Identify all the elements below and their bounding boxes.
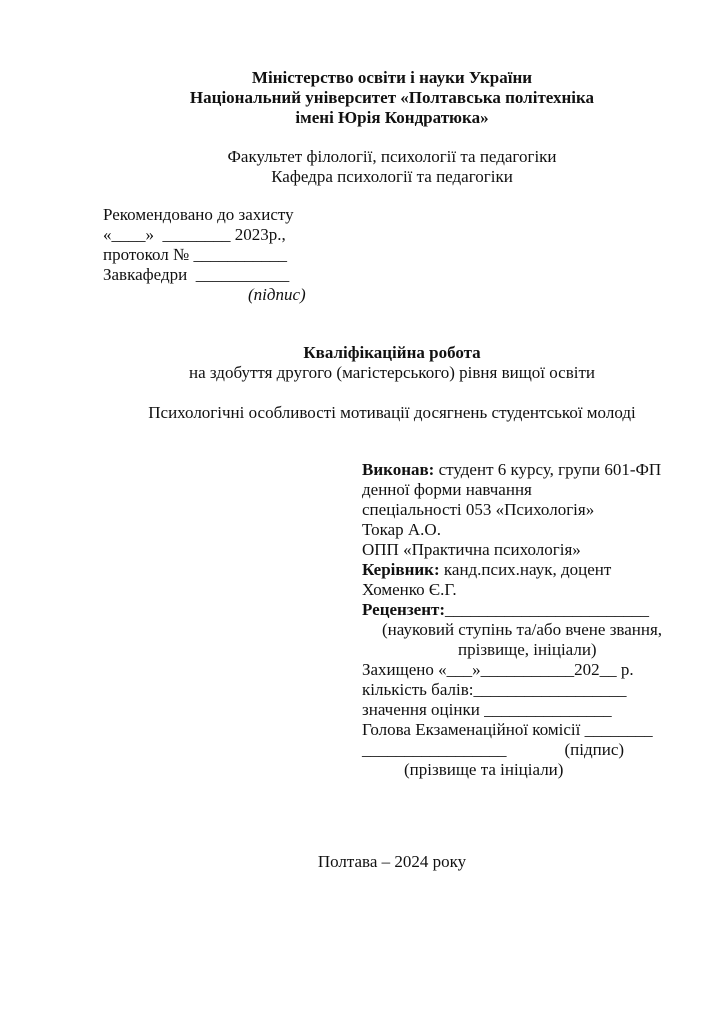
- reviewer-line: Рецензент:________________________: [362, 600, 682, 620]
- commission-blank: _________________: [362, 740, 507, 759]
- performed-label: Виконав:: [362, 460, 434, 479]
- supervisor-value: канд.псих.наук, доцент: [440, 560, 612, 579]
- program: ОПП «Практична психологія»: [362, 540, 682, 560]
- study-form: денної форми навчання: [362, 480, 682, 500]
- head-of-department-line: Завкафедри ___________: [103, 265, 363, 285]
- work-title-block: Кваліфікаційна робота на здобуття другог…: [30, 343, 724, 383]
- student-name: Токар А.О.: [362, 520, 682, 540]
- department-name: Кафедра психології та педагогіки: [30, 167, 724, 187]
- supervisor-line: Керівник: канд.псих.наук, доцент: [362, 560, 682, 580]
- work-type-title: Кваліфікаційна робота: [30, 343, 724, 363]
- faculty-block: Факультет філології, психології та педаг…: [30, 147, 724, 187]
- recommend-title: Рекомендовано до захисту: [103, 205, 363, 225]
- ministry-name: Міністерство освіти і науки України: [30, 68, 724, 88]
- supervisor-name: Хоменко Є.Г.: [362, 580, 682, 600]
- recommendation-block: Рекомендовано до захисту «____» ________…: [103, 205, 363, 305]
- faculty-name: Факультет філології, психології та педаг…: [30, 147, 724, 167]
- supervisor-label: Керівник:: [362, 560, 440, 579]
- work-topic: Психологічні особливості мотивації досяг…: [30, 403, 724, 423]
- reviewer-label: Рецензент:: [362, 600, 445, 619]
- name-caption: (прізвище та ініціали): [362, 760, 682, 780]
- signature-caption: (підпис): [103, 285, 363, 305]
- defended-line: Захищено «___»___________202__ р.: [362, 660, 682, 680]
- ministry-university-header: Міністерство освіти і науки України Наці…: [30, 68, 724, 128]
- reviewer-caption-2: прізвище, ініціали): [362, 640, 682, 660]
- footer-place-year: Полтава – 2024 року: [30, 852, 724, 872]
- university-name-cont: імені Юрія Кондратюка»: [30, 108, 724, 128]
- reviewer-caption-1: (науковий ступінь та/або вчене звання,: [362, 620, 682, 640]
- protocol-line: протокол № ___________: [103, 245, 363, 265]
- degree-line: на здобуття другого (магістерського) рів…: [30, 363, 724, 383]
- place-year: Полтава – 2024 року: [30, 852, 724, 872]
- reviewer-blank: ________________________: [445, 600, 649, 619]
- topic-text: Психологічні особливості мотивації досяг…: [30, 403, 724, 423]
- score-line: кількість балів:__________________: [362, 680, 682, 700]
- grade-line: значення оцінки _______________: [362, 700, 682, 720]
- document-page: Міністерство освіти і науки України Наці…: [0, 0, 724, 1024]
- author-info-block: Виконав: студент 6 курсу, групи 601-ФП д…: [362, 460, 682, 780]
- commission-signature-caption: (підпис): [565, 740, 625, 760]
- recommend-date-line: «____» ________ 2023р.,: [103, 225, 363, 245]
- performed-value: студент 6 курсу, групи 601-ФП: [434, 460, 661, 479]
- performed-line: Виконав: студент 6 курсу, групи 601-ФП: [362, 460, 682, 480]
- commission-line: Голова Екзаменаційної комісії ________: [362, 720, 682, 740]
- university-name: Національний університет «Полтавська пол…: [30, 88, 724, 108]
- commission-signature-line: _________________(підпис): [362, 740, 682, 760]
- specialty: спеціальності 053 «Психологія»: [362, 500, 682, 520]
